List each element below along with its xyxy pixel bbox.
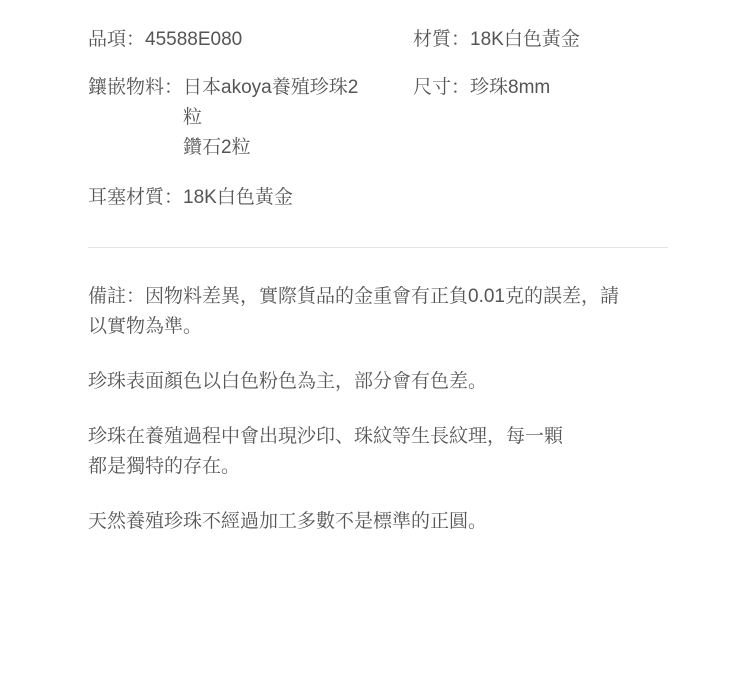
- material-value: 18K白色黃金: [470, 29, 580, 50]
- note-line: 天然養殖珍珠不經過加工多數不是標準的正圓。: [88, 507, 668, 537]
- spec-ear-post-material: 耳塞材質：18K白色黃金: [88, 183, 293, 213]
- size-label: 尺寸：: [413, 77, 470, 98]
- note-line: 以實物為準。: [88, 312, 668, 342]
- note-line: 備註：因物料差異，實際貨品的金重會有正負0.01克的誤差，請: [88, 282, 668, 312]
- inlay-value-line: 粒: [183, 103, 358, 133]
- inlay-label: 鑲嵌物料：: [88, 73, 183, 103]
- ear-post-value: 18K白色黃金: [183, 187, 293, 208]
- note-line: 珍珠表面顏色以白色粉色為主，部分會有色差。: [88, 367, 668, 397]
- spec-item-code: 品項：45588E080: [88, 25, 413, 55]
- spec-inlay-material: 鑲嵌物料： 日本akoya養殖珍珠2 粒 鑽石2粒: [88, 73, 413, 163]
- item-code-value: 45588E080: [145, 29, 242, 50]
- note-pearl-shape: 天然養殖珍珠不經過加工多數不是標準的正圓。: [88, 507, 668, 537]
- size-value: 珍珠8mm: [470, 77, 550, 98]
- item-code-label: 品項：: [88, 29, 145, 50]
- section-divider: [88, 247, 668, 248]
- note-line: 珍珠在養殖過程中會出現沙印、珠紋等生長紋理，每一顆: [88, 422, 668, 452]
- notes-section: 備註：因物料差異，實際貨品的金重會有正負0.01克的誤差，請 以實物為準。 珍珠…: [88, 282, 668, 537]
- note-gold-weight-tolerance: 備註：因物料差異，實際貨品的金重會有正負0.01克的誤差，請 以實物為準。: [88, 282, 668, 342]
- inlay-values: 日本akoya養殖珍珠2 粒 鑽石2粒: [183, 73, 358, 163]
- product-spec-panel: 品項：45588E080 材質：18K白色黃金 鑲嵌物料： 日本akoya養殖珍…: [0, 0, 750, 678]
- note-pearl-texture: 珍珠在養殖過程中會出現沙印、珠紋等生長紋理，每一顆 都是獨特的存在。: [88, 422, 668, 482]
- spec-material: 材質：18K白色黃金: [413, 25, 668, 55]
- spec-row-item-material: 品項：45588E080 材質：18K白色黃金: [88, 25, 668, 55]
- spec-section: 品項：45588E080 材質：18K白色黃金 鑲嵌物料： 日本akoya養殖珍…: [88, 25, 668, 213]
- material-label: 材質：: [413, 29, 470, 50]
- ear-post-label: 耳塞材質：: [88, 187, 183, 208]
- spec-row-inlay-size: 鑲嵌物料： 日本akoya養殖珍珠2 粒 鑽石2粒 尺寸：珍珠8mm: [88, 73, 668, 163]
- inlay-value-line: 鑽石2粒: [183, 133, 358, 163]
- spec-size: 尺寸：珍珠8mm: [413, 73, 668, 103]
- inlay-value-line: 日本akoya養殖珍珠2: [183, 73, 358, 103]
- note-pearl-color: 珍珠表面顏色以白色粉色為主，部分會有色差。: [88, 367, 668, 397]
- note-line: 都是獨特的存在。: [88, 452, 668, 482]
- spec-row-ear-post: 耳塞材質：18K白色黃金: [88, 183, 668, 213]
